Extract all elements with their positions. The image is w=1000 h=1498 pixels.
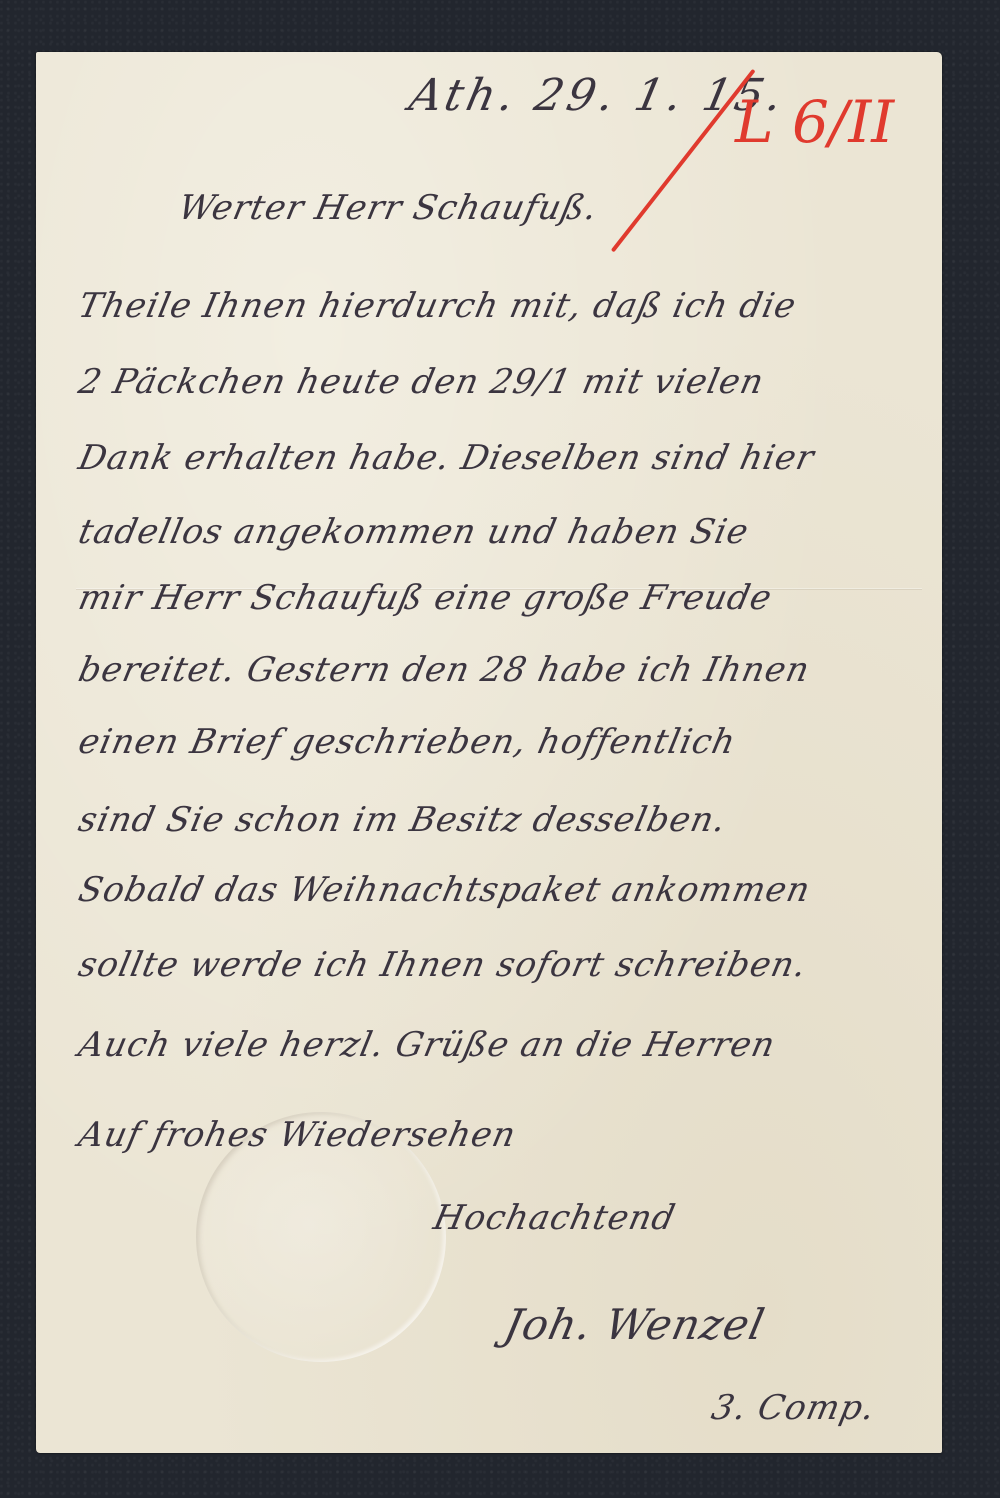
body-line: sind Sie schon im Besitz desselben. (75, 800, 730, 840)
body-line: Dank erhalten habe. Dieselben sind hier (75, 438, 818, 478)
red-annotation: L 6/II (735, 88, 894, 156)
body-line: einen Brief geschrieben, hoffentlich (75, 722, 740, 762)
body-line: Sobald das Weihnachtspaket ankommen (75, 870, 814, 910)
salutation: Werter Herr Schaufuß. (175, 188, 601, 228)
body-line: bereitet. Gestern den 28 habe ich Ihnen (75, 650, 814, 690)
body-line: Theile Ihnen hierdurch mit, daß ich die (75, 286, 800, 326)
unit-designation: 3. Comp. (708, 1388, 879, 1428)
body-line: tadellos angekommen und haben Sie (75, 512, 753, 552)
body-line: mir Herr Schaufuß eine große Freude (75, 578, 776, 618)
body-line: sollte werde ich Ihnen sofort schreiben. (75, 945, 811, 985)
signature: Joh. Wenzel (500, 1300, 769, 1349)
body-line: 2 Päckchen heute den 29/1 mit vielen (75, 362, 768, 402)
body-line: Auf frohes Wiedersehen (75, 1115, 520, 1155)
body-line: Auch viele herzl. Grüße an die Herren (75, 1025, 779, 1065)
closing: Hochachtend (430, 1198, 679, 1238)
